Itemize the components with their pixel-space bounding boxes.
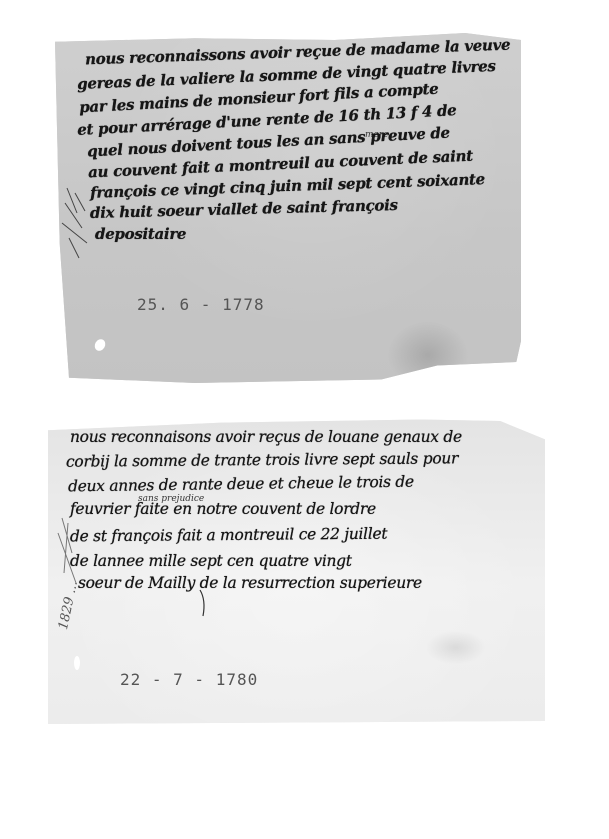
receipt-document-2: nous reconnaisons avoir reçus de louane … xyxy=(48,418,545,724)
receipt-2-line-5: de st françois fait a montreuil ce 22 ju… xyxy=(70,525,387,546)
archive-date-stamp: 22 - 7 - 1780 xyxy=(120,670,258,689)
paper-hole xyxy=(74,656,80,670)
paper-hole xyxy=(93,337,108,352)
receipt-2-line-2: corbij la somme de trante trois livre se… xyxy=(66,449,458,470)
pen-stroke-icon xyxy=(198,588,218,618)
archive-date-stamp: 25. 6 - 1778 xyxy=(137,295,265,314)
margin-note-vertical: 1829 ... xyxy=(56,579,81,631)
receipt-1-line-9: depositaire xyxy=(95,225,186,243)
receipt-2-line-1: nous reconnaisons avoir reçus de louane … xyxy=(70,428,462,446)
receipt-2-line-7: soeur de Mailly de la resurrection super… xyxy=(78,574,422,592)
receipt-document-1: nous reconnaissons avoir reçue de madame… xyxy=(55,33,521,383)
receipt-2-line-6: de lannee mille sept cen quatre vingt xyxy=(70,552,352,570)
receipt-2-line-3: deux annes de rante deue et cheue le tro… xyxy=(68,473,414,496)
receipt-2-line-4: feuvrier faite en notre couvent de lordr… xyxy=(70,500,376,518)
